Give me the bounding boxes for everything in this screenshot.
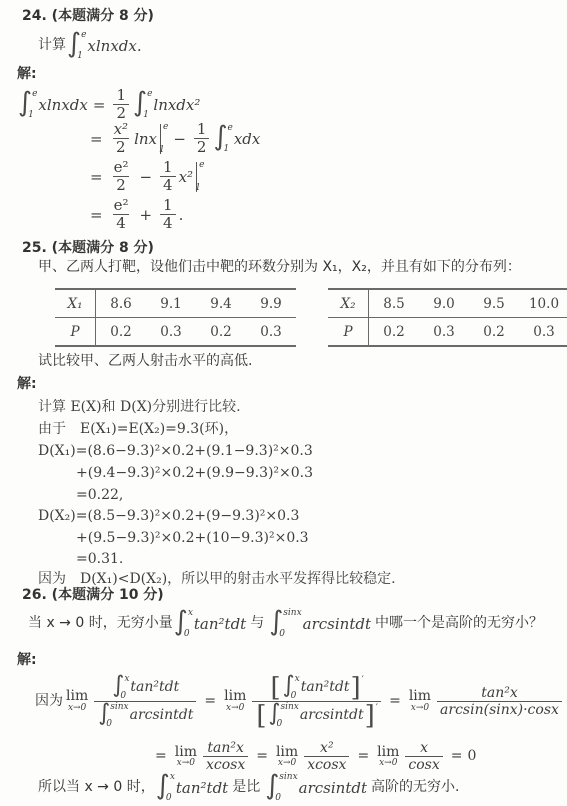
limit-subscript: x→0 bbox=[278, 759, 296, 768]
table-row: X₁ 8.6 9.1 9.4 9.9 bbox=[55, 289, 296, 318]
fraction: e²4 bbox=[111, 197, 132, 233]
integral-lower-bound: 0 bbox=[166, 794, 175, 803]
limit-label: lim bbox=[377, 745, 399, 760]
integral-upper-bound: x bbox=[170, 773, 175, 782]
integral-upper-bound: x bbox=[188, 609, 193, 618]
limit: limx→0 bbox=[276, 745, 298, 769]
integral-lower-bound: 0 bbox=[120, 692, 129, 701]
eval-lower-bound: 1 bbox=[159, 146, 168, 155]
term: x² bbox=[179, 168, 193, 186]
fraction: 14 bbox=[160, 197, 176, 233]
fraction-numerator: x bbox=[417, 740, 431, 756]
fraction: xcosx bbox=[405, 740, 442, 773]
fraction-numerator: tan²x bbox=[478, 685, 521, 701]
q25-conclusion: 因为 D(X₁)<D(X₂)，所以甲的射击水平发挥得比较稳定. bbox=[38, 571, 396, 588]
table-cell: 9.1 bbox=[146, 289, 196, 318]
fraction: x²xcosx bbox=[304, 740, 349, 773]
fraction-numerator: e² bbox=[111, 159, 132, 176]
table-cell: 9.5 bbox=[469, 289, 519, 318]
integral: ∫e1 bbox=[18, 89, 37, 120]
equals-sign: = bbox=[90, 206, 103, 224]
distribution-table-x2: X₂ 8.5 9.0 9.5 10.0 P 0.2 0.3 0.2 0.3 bbox=[328, 288, 567, 347]
fraction-numerator: e² bbox=[111, 197, 132, 214]
fraction: ∫x0 tan²tdt ∫sinx0 arcsintdt bbox=[94, 674, 196, 729]
q25-step-5: =0.22, bbox=[76, 487, 123, 504]
integral-lower-bound: 0 bbox=[279, 630, 301, 639]
q26-problem: 当 x → 0 时，无穷小量 ∫x0 tan²tdt 与 ∫sinx0 arcs… bbox=[28, 608, 543, 639]
table-cell: 0.2 bbox=[469, 318, 519, 347]
conclusion-part1: 所以当 x → 0 时， bbox=[38, 779, 155, 796]
limit: limx→0 bbox=[377, 745, 399, 769]
integral: ∫sinx0 bbox=[265, 772, 297, 803]
fraction: tan²xarcsin(sinx)·cosx bbox=[437, 685, 562, 718]
q26-eq-line1: 因为 limx→0 ∫x0 tan²tdt ∫sinx0 arcsintdt =… bbox=[35, 674, 565, 729]
integrand: arcsintdt bbox=[303, 615, 371, 633]
fraction-numerator: 1 bbox=[113, 87, 129, 104]
q26-title: 26. (本题满分 10 分) bbox=[22, 587, 164, 604]
integrand: arcsintdt bbox=[130, 707, 194, 723]
integral-lower-bound: 1 bbox=[143, 111, 152, 120]
fraction-numerator: 1 bbox=[160, 159, 176, 176]
fraction-denominator: arcsin(sinx)·cosx bbox=[437, 701, 562, 718]
q26-problem-part1: 当 x → 0 时，无穷小量 bbox=[28, 615, 173, 632]
fraction-numerator: tan²x bbox=[204, 740, 247, 756]
q25-step-3: D(X₁)=(8.6−9.3)²×0.2+(9.1−9.3)²×0.3 bbox=[38, 443, 313, 460]
eval-upper-bound: e bbox=[163, 123, 168, 132]
integral-upper-bound: x bbox=[295, 675, 300, 684]
integral-upper-bound: sinx bbox=[280, 703, 298, 712]
limit-label: lim bbox=[224, 689, 246, 704]
fraction-numerator: 1 bbox=[160, 197, 176, 214]
integrand: xlnxdx bbox=[38, 96, 87, 114]
equals-sign: = bbox=[90, 130, 103, 148]
table-cell: 9.9 bbox=[246, 289, 296, 318]
integrand: tan²tdt bbox=[301, 679, 350, 695]
table-cell: 0.3 bbox=[519, 318, 567, 347]
table-cell: 8.6 bbox=[96, 289, 147, 318]
limit-label: lim bbox=[276, 745, 298, 760]
fraction-denominator: 2 bbox=[113, 176, 129, 194]
table-cell: X₁ bbox=[55, 289, 96, 318]
integral-upper-bound: e bbox=[32, 90, 37, 99]
table-row: P 0.2 0.3 0.2 0.3 bbox=[55, 318, 296, 347]
fraction: 14 bbox=[160, 159, 176, 195]
equals-sign: = bbox=[93, 96, 106, 114]
fraction-denominator: xcosx bbox=[203, 756, 248, 773]
integrand: xdx bbox=[234, 130, 261, 148]
left-bracket: [ bbox=[270, 675, 280, 701]
limit: limx→0 bbox=[175, 745, 197, 769]
integral-upper-bound: e bbox=[81, 31, 86, 40]
limit-subscript: x→0 bbox=[68, 704, 86, 713]
integral-upper-bound: sinx bbox=[110, 703, 128, 712]
q25-question: 试比较甲、乙两人射击水平的高低. bbox=[38, 353, 252, 370]
integral-upper-bound: e bbox=[228, 124, 233, 133]
fraction-numerator: x² bbox=[111, 121, 131, 138]
q24-solve-label: 解: bbox=[17, 66, 37, 83]
limit-subscript: x→0 bbox=[226, 704, 244, 713]
q24-eq-line2: = x²2 lnx e1 − 12 ∫e1 xdx bbox=[85, 121, 260, 157]
q25-step-6: D(X₂)=(8.5−9.3)²×0.2+(9−9.3)²×0.3 bbox=[38, 508, 299, 525]
integral: ∫e1 bbox=[213, 123, 232, 154]
fraction: tan²xxcosx bbox=[203, 740, 248, 773]
q24-title: 24. (本题满分 8 分) bbox=[22, 8, 154, 25]
equals-sign: = bbox=[256, 748, 268, 765]
right-bracket: ] bbox=[351, 675, 361, 701]
integral: ∫x0 bbox=[112, 674, 129, 701]
q26-solve-label: 解: bbox=[17, 652, 37, 669]
fraction-denominator: xcosx bbox=[304, 756, 349, 773]
conclusion-part2: 是比 bbox=[232, 779, 260, 796]
minus-sign: − bbox=[173, 130, 186, 148]
integral-lower-bound: 0 bbox=[275, 794, 297, 803]
limit-subscript: x→0 bbox=[411, 704, 429, 713]
integral-upper-bound: x bbox=[124, 675, 129, 684]
q25-step-7: +(9.5−9.3)²×0.2+(10−9.3)²×0.3 bbox=[76, 530, 309, 547]
q25-step-4: +(9.4−9.3)²×0.2+(9.9−9.3)²×0.3 bbox=[76, 465, 313, 482]
fraction: x²2 bbox=[111, 121, 131, 157]
q25-step-8: =0.31. bbox=[76, 551, 123, 568]
because-label: 因为 bbox=[35, 693, 63, 710]
integrand: tan²tdt bbox=[194, 615, 246, 633]
table-cell: 0.2 bbox=[369, 318, 420, 347]
prime-mark: ′ bbox=[362, 675, 364, 687]
evaluation-bar: e1 bbox=[160, 122, 168, 155]
integral-lower-bound: 0 bbox=[106, 720, 128, 729]
distribution-tables: X₁ 8.6 9.1 9.4 9.9 P 0.2 0.3 0.2 0.3 X₂ … bbox=[55, 288, 567, 347]
integral-lower-bound: 1 bbox=[224, 145, 233, 154]
limit: limx→0 bbox=[66, 689, 88, 713]
fraction-numerator: ∫x0 tan²tdt bbox=[108, 674, 182, 701]
fraction-numerator: 1 bbox=[194, 121, 210, 138]
distribution-table-x1: X₁ 8.6 9.1 9.4 9.9 P 0.2 0.3 0.2 0.3 bbox=[55, 288, 296, 347]
right-bracket: ] bbox=[365, 703, 375, 729]
fraction-denominator: [ ∫sinx0 arcsintdt ] ′ bbox=[252, 701, 381, 729]
integral-lower-bound: 0 bbox=[291, 692, 300, 701]
q25-step-2: 由于 E(X₁)=E(X₂)=9.3(环)， bbox=[38, 421, 238, 438]
plus-sign: + bbox=[139, 206, 152, 224]
integral-lower-bound: 1 bbox=[77, 52, 86, 61]
q25-intro: 甲、乙两人打靶，设他们击中靶的环数分别为 X₁，X₂，并且有如下的分布列： bbox=[38, 259, 521, 276]
limit-subscript: x→0 bbox=[177, 759, 195, 768]
table-cell: 9.0 bbox=[419, 289, 469, 318]
integral-lower-bound: 1 bbox=[28, 111, 37, 120]
table-cell: 8.5 bbox=[369, 289, 420, 318]
q24-eq-line1: ∫e1 xlnxdx = 12 ∫e1 lnxdx² bbox=[17, 87, 200, 123]
integrand: xlnxdx. bbox=[87, 37, 141, 55]
fraction-denominator: 4 bbox=[160, 214, 176, 232]
integral: ∫x0 bbox=[174, 608, 193, 639]
equals-sign: = bbox=[357, 748, 369, 765]
limit: limx→0 bbox=[409, 689, 431, 713]
table-cell: 0.2 bbox=[96, 318, 147, 347]
equals-sign: = bbox=[90, 168, 103, 186]
fraction: 12 bbox=[113, 87, 129, 123]
minus-sign: − bbox=[139, 168, 152, 186]
integral-upper-bound: e bbox=[147, 90, 152, 99]
q26-eq-line2: = limx→0 tan²xxcosx = limx→0 x²xcosx = l… bbox=[150, 740, 476, 773]
integral-upper-bound: sinx bbox=[283, 609, 301, 618]
fraction-numerator: x² bbox=[317, 740, 337, 756]
prime-mark: ′ bbox=[376, 703, 378, 715]
q24-problem-prefix: 计算 bbox=[38, 37, 66, 54]
integrand: arcsintdt bbox=[299, 779, 367, 797]
q25-step-1: 计算 E(X)和 D(X)分别进行比较. bbox=[38, 399, 241, 416]
table-row: X₂ 8.5 9.0 9.5 10.0 bbox=[328, 289, 567, 318]
eval-lower-bound: 1 bbox=[195, 184, 204, 193]
integral: ∫sinx0 bbox=[98, 702, 128, 729]
limit: limx→0 bbox=[224, 689, 246, 713]
limit-label: lim bbox=[175, 745, 197, 760]
eval-upper-bound: e bbox=[199, 161, 204, 170]
left-bracket: [ bbox=[256, 703, 266, 729]
table-cell: 10.0 bbox=[519, 289, 567, 318]
integrand: arcsintdt bbox=[300, 707, 364, 723]
table-cell: P bbox=[55, 318, 96, 347]
integral: ∫e1 bbox=[133, 89, 152, 120]
integral-upper-bound: sinx bbox=[279, 773, 297, 782]
limit-label: lim bbox=[66, 689, 88, 704]
integral: ∫sinx0 bbox=[269, 702, 299, 729]
integral: ∫x0 bbox=[156, 772, 175, 803]
fraction-denominator: 4 bbox=[160, 176, 176, 194]
equals-sign: = bbox=[389, 693, 401, 710]
q25-solve-label: 解: bbox=[17, 376, 37, 393]
table-cell: 0.3 bbox=[146, 318, 196, 347]
integral: ∫sinx0 bbox=[269, 608, 301, 639]
conclusion-part3: 高阶的无穷小. bbox=[371, 779, 459, 796]
equals-sign: = bbox=[204, 693, 216, 710]
table-cell: X₂ bbox=[328, 289, 369, 318]
table-cell: P bbox=[328, 318, 369, 347]
q24-eq-line3: = e²2 − 14 x² e1 bbox=[85, 159, 204, 195]
fraction: e²2 bbox=[111, 159, 132, 195]
fraction: 12 bbox=[194, 121, 210, 157]
table-cell: 0.3 bbox=[246, 318, 296, 347]
equals-sign: = bbox=[155, 748, 167, 765]
equals-sign: = bbox=[451, 748, 463, 765]
q24-eq-line4: = e²4 + 14 . bbox=[85, 197, 183, 233]
integral: ∫x0 bbox=[283, 674, 300, 701]
period: . bbox=[179, 206, 184, 224]
q24-problem: 计算 ∫e1 xlnxdx. bbox=[38, 30, 142, 61]
q26-conclusion: 所以当 x → 0 时， ∫x0 tan²tdt 是比 ∫sinx0 arcsi… bbox=[38, 772, 459, 803]
fraction: [ ∫x0 tan²tdt ] ′ [ ∫sinx0 arcsintdt ] ′ bbox=[252, 674, 381, 729]
q26-problem-part3: 中哪一个是高阶的无穷小？ bbox=[375, 615, 543, 632]
q25-title: 25. (本题满分 8 分) bbox=[22, 240, 154, 257]
table-cell: 0.2 bbox=[196, 318, 246, 347]
fraction-denominator: 2 bbox=[194, 138, 210, 156]
integrand: tan²tdt bbox=[130, 679, 179, 695]
integrand: tan²tdt bbox=[176, 779, 228, 797]
fraction-numerator: [ ∫x0 tan²tdt ] ′ bbox=[266, 674, 366, 701]
function-term: lnx bbox=[134, 130, 157, 148]
table-row: P 0.2 0.3 0.2 0.3 bbox=[328, 318, 567, 347]
integral: ∫e1 bbox=[67, 30, 86, 61]
fraction-denominator: cosx bbox=[405, 756, 442, 773]
fraction-denominator: ∫sinx0 arcsintdt bbox=[94, 701, 196, 729]
limit-subscript: x→0 bbox=[379, 759, 397, 768]
fraction-denominator: 2 bbox=[113, 138, 129, 156]
q26-problem-part2: 与 bbox=[250, 615, 264, 632]
integrand: lnxdx² bbox=[153, 96, 200, 114]
zero-value: 0 bbox=[468, 748, 477, 765]
limit-label: lim bbox=[409, 689, 431, 704]
integral-lower-bound: 0 bbox=[184, 630, 193, 639]
fraction-denominator: 4 bbox=[113, 214, 129, 232]
evaluation-bar: e1 bbox=[196, 160, 204, 193]
integral-lower-bound: 0 bbox=[276, 720, 298, 729]
table-cell: 0.3 bbox=[419, 318, 469, 347]
table-cell: 9.4 bbox=[196, 289, 246, 318]
